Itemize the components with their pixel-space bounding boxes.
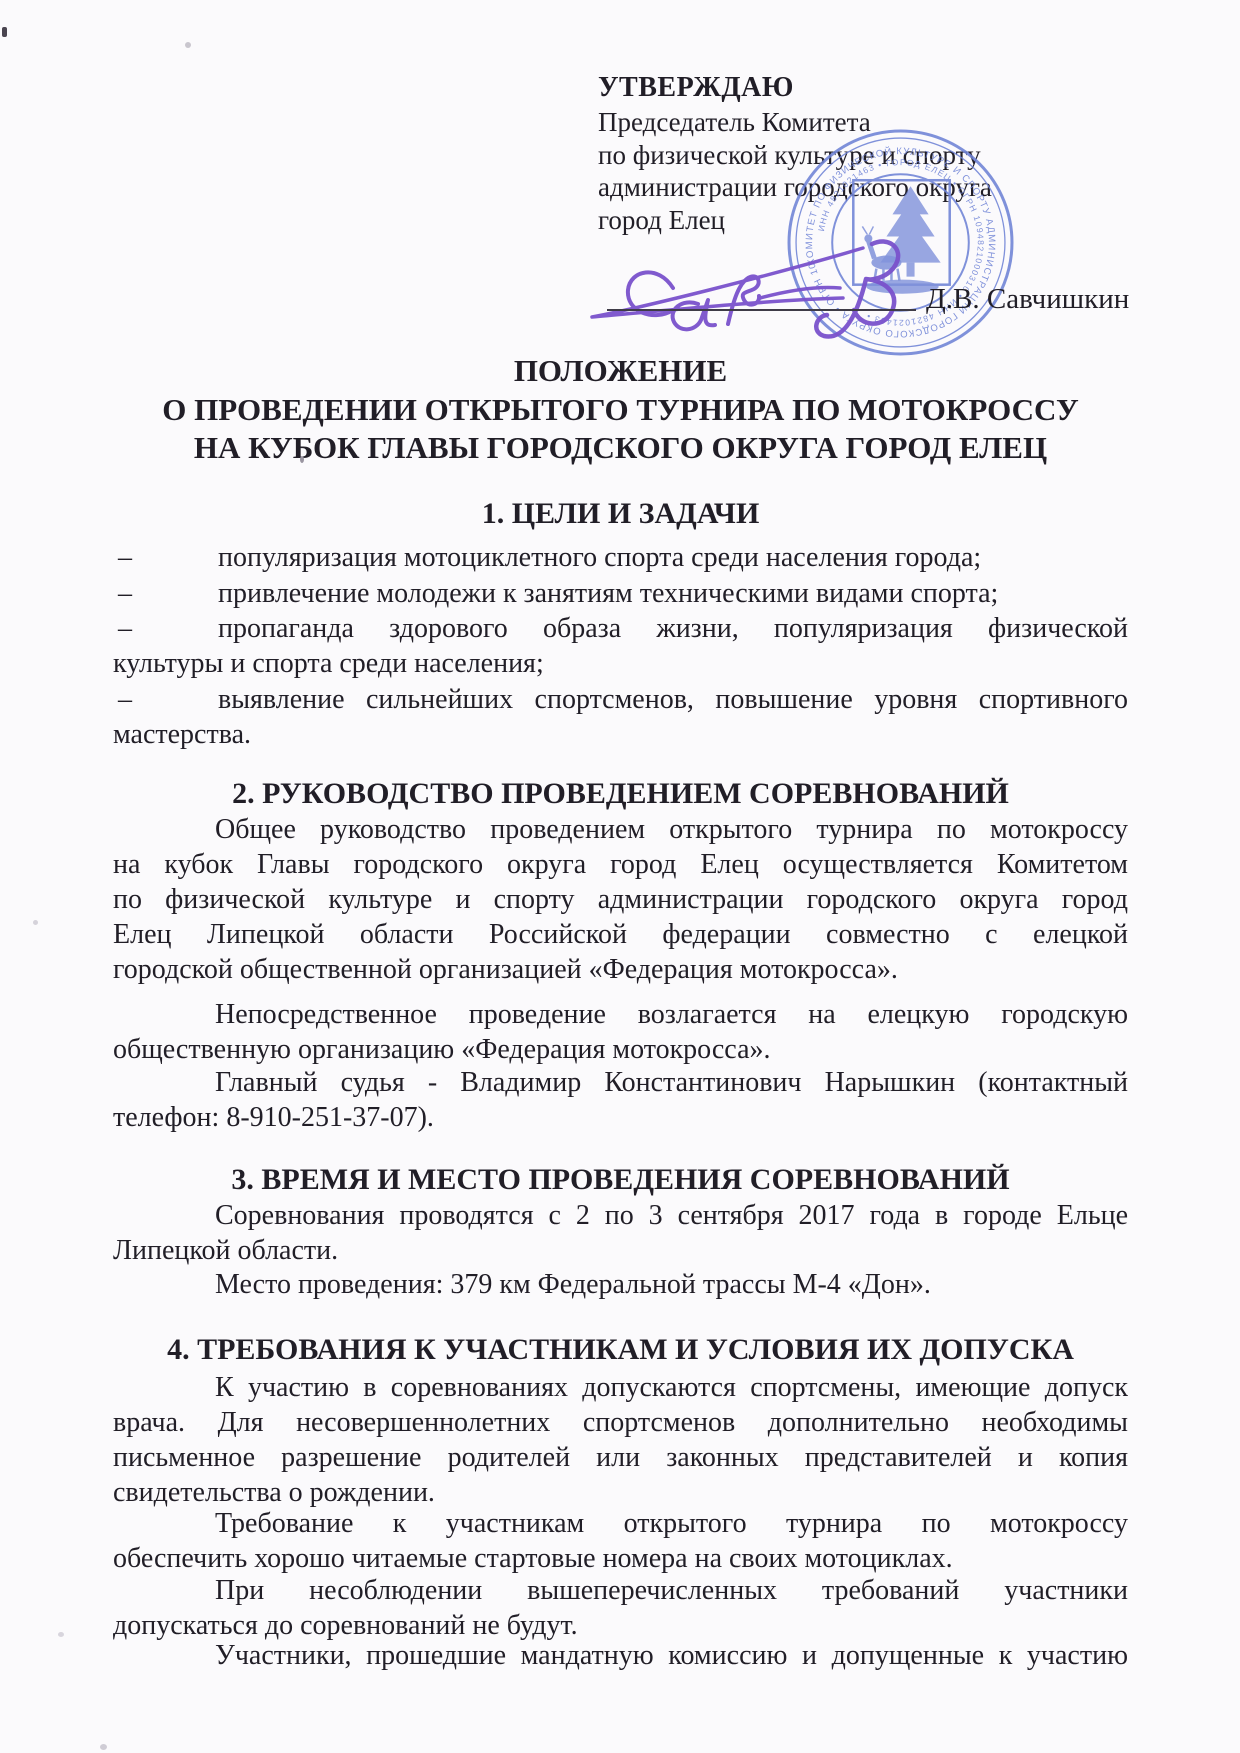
text-line: обеспечить хорошо читаемые стартовые ном… <box>113 1541 1128 1576</box>
paragraph: Соревнования проводятся с 2 по 3 сентябр… <box>113 1198 1128 1268</box>
paragraph: Общее руководство проведением открытого … <box>113 812 1128 987</box>
title-line: НА КУБОК ГЛАВЫ ГОРОДСКОГО ОКРУГА ГОРОД Е… <box>113 429 1128 468</box>
bullet-line: выявление сильнейших спортсменов, повыше… <box>113 682 1128 717</box>
section-heading-3: 3. ВРЕМЯ И МЕСТО ПРОВЕДЕНИЯ СОРЕВНОВАНИЙ <box>113 1163 1128 1197</box>
title-line: О ПРОВЕДЕНИИ ОТКРЫТОГО ТУРНИРА ПО МОТОКР… <box>113 391 1128 430</box>
paragraph: Непосредственное проведение возлагается … <box>113 997 1128 1067</box>
text-line: Главный судья - Владимир Константинович … <box>113 1065 1128 1100</box>
bullet-line: культуры и спорта среди населения; <box>113 646 1128 681</box>
bullet-line: популяризация мотоциклетного спорта сред… <box>113 540 1128 575</box>
paragraph: Главный судья - Владимир Константинович … <box>113 1065 1128 1135</box>
paragraph: При несоблюдении вышеперечисленных требо… <box>113 1573 1128 1643</box>
signature-connector <box>760 287 840 298</box>
text-line: Место проведения: 379 км Федеральной тра… <box>113 1267 1128 1302</box>
section-heading-2: 2. РУКОВОДСТВО ПРОВЕДЕНИЕМ СОРЕВНОВАНИЙ <box>113 777 1128 811</box>
section-heading-4: 4. ТРЕБОВАНИЯ К УЧАСТНИКАМ И УСЛОВИЯ ИХ … <box>113 1333 1128 1367</box>
text-line: общественную организацию «Федерация мото… <box>113 1032 1128 1067</box>
text-line: по физической культуре и спорту админист… <box>113 882 1128 917</box>
signature-letter <box>673 300 715 329</box>
text-line: телефон: 8-910-251-37-07). <box>113 1100 1128 1135</box>
bullet-item: – выявление сильнейших спортсменов, повы… <box>113 682 1128 752</box>
text-line: Требование к участникам открытого турнир… <box>113 1506 1128 1541</box>
handwritten-signature <box>570 228 970 363</box>
title-line: ПОЛОЖЕНИЕ <box>113 352 1128 391</box>
bullet-dash: – <box>118 611 132 646</box>
scan-speck <box>2 27 7 37</box>
text-line: Участники, прошедшие мандатную комиссию … <box>113 1638 1128 1673</box>
text-line: К участию в соревнованиях допускаются сп… <box>113 1370 1128 1405</box>
approval-label: УТВЕРЖДАЮ <box>598 70 1068 106</box>
text-line: врача. Для несовершеннолетних спортсмено… <box>113 1405 1128 1440</box>
text-line: Соревнования проводятся с 2 по 3 сентябр… <box>113 1198 1128 1233</box>
bullet-dash: – <box>118 540 132 575</box>
bullet-item: – пропаганда здорового образа жизни, поп… <box>113 611 1128 681</box>
bullet-line: привлечение молодежи к занятиям техничес… <box>113 576 1128 611</box>
text-line: письменное разрешение родителей или зако… <box>113 1440 1128 1475</box>
text-line: на кубок Главы городского округа город Е… <box>113 847 1128 882</box>
scan-speck <box>58 1632 64 1637</box>
text-line: Общее руководство проведением открытого … <box>113 812 1128 847</box>
document-title: ПОЛОЖЕНИЕ О ПРОВЕДЕНИИ ОТКРЫТОГО ТУРНИРА… <box>113 352 1128 468</box>
scan-speck <box>33 920 38 925</box>
scan-speck <box>185 42 191 48</box>
scan-speck <box>100 1744 107 1750</box>
text-line: свидетельства о рождении. <box>113 1475 1128 1510</box>
signer-name: Д.В. Савчишкин <box>926 283 1129 316</box>
paragraph: К участию в соревнованиях допускаются сп… <box>113 1370 1128 1510</box>
bullet-item: – популяризация мотоциклетного спорта ср… <box>113 540 1128 575</box>
bullet-item: – привлечение молодежи к занятиям технич… <box>113 576 1128 611</box>
bullet-dash: – <box>118 576 132 611</box>
paragraph: Место проведения: 379 км Федеральной тра… <box>113 1267 1128 1302</box>
scanned-document-page: УТВЕРЖДАЮ Председатель Комитета по физич… <box>0 0 1240 1753</box>
text-line: городской общественной организацией «Фед… <box>113 952 1128 987</box>
text-line: При несоблюдении вышеперечисленных требо… <box>113 1573 1128 1608</box>
paragraph: Участники, прошедшие мандатную комиссию … <box>113 1638 1128 1673</box>
bullet-dash: – <box>118 682 132 717</box>
text-line: Липецкой области. <box>113 1233 1128 1268</box>
scan-speck <box>300 456 304 463</box>
section-heading-1: 1. ЦЕЛИ И ЗАДАЧИ <box>113 497 1128 531</box>
bullet-line: пропаганда здорового образа жизни, попул… <box>113 611 1128 646</box>
bullet-line: мастерства. <box>113 717 1128 752</box>
signature-line <box>607 309 916 311</box>
text-line: Елец Липецкой области Российской федерац… <box>113 917 1128 952</box>
paragraph: Требование к участникам открытого турнир… <box>113 1506 1128 1576</box>
text-line: Непосредственное проведение возлагается … <box>113 997 1128 1032</box>
